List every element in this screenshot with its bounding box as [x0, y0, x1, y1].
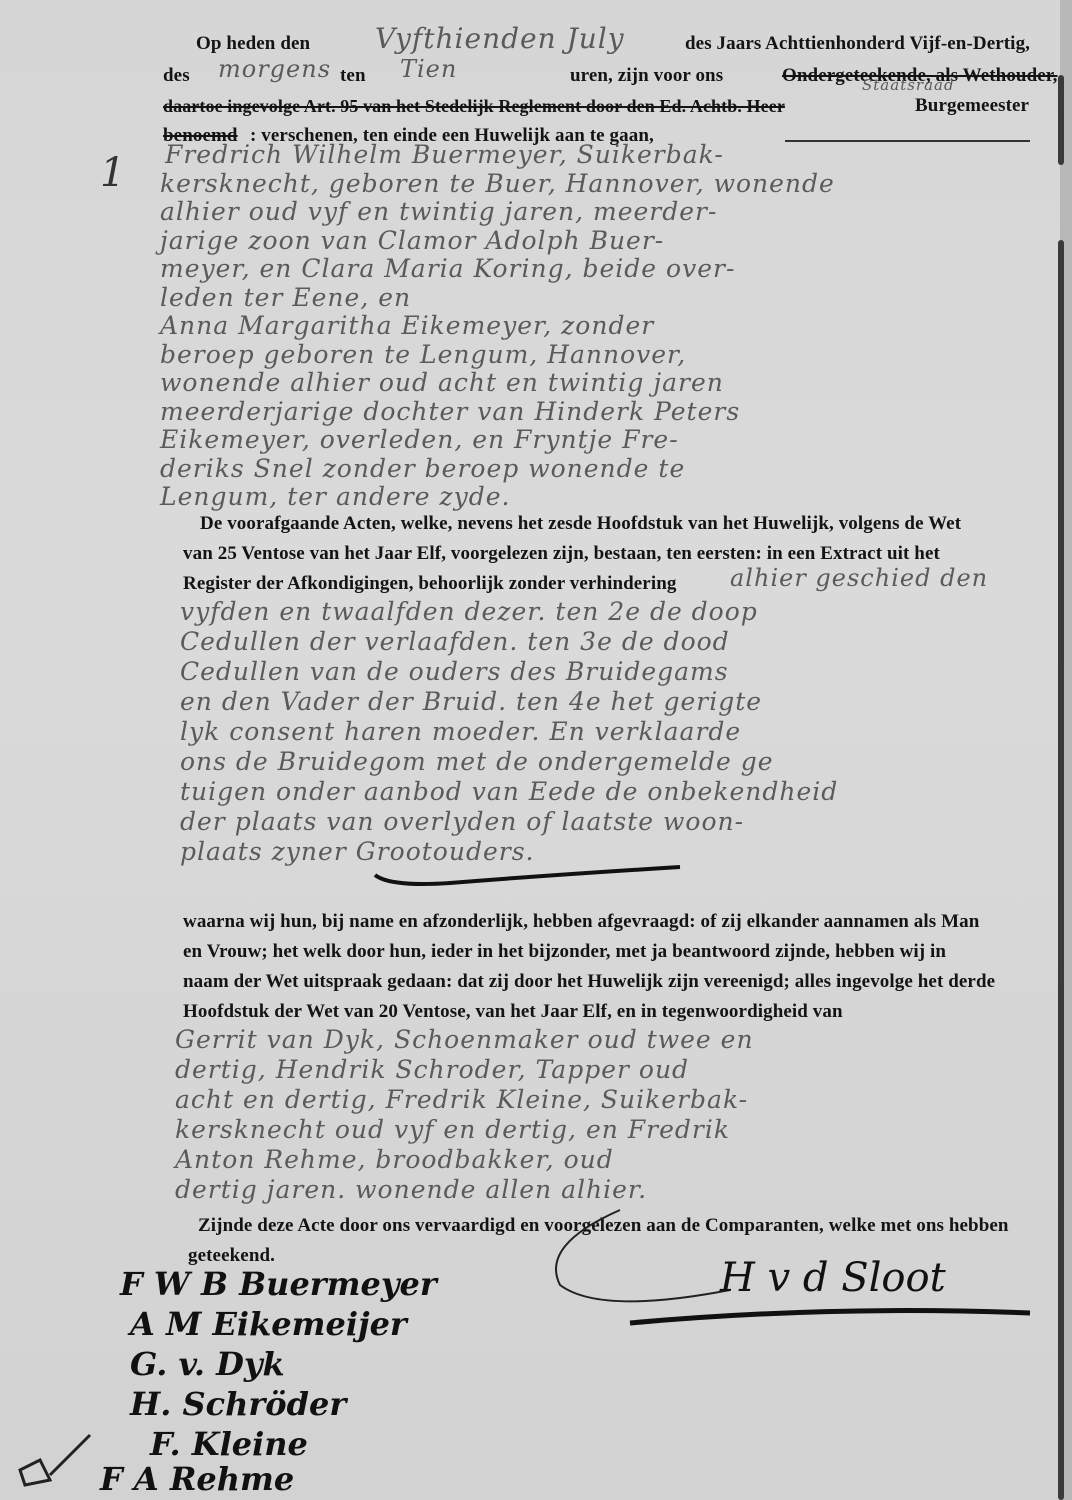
- handwritten-line: kersknecht oud vyf en dertig, en Fredrik: [175, 1115, 730, 1144]
- handwritten-line: Fredrich Wilhelm Buermeyer, Suikerbak-: [165, 140, 724, 169]
- fill-line: [785, 140, 1030, 142]
- acts-line-3: Register der Afkondigingen, behoorlijk z…: [183, 570, 677, 598]
- acts-handwritten-start: alhier geschied den: [730, 564, 988, 592]
- signature: F. Kleine: [150, 1425, 308, 1463]
- signature: A M Eikemeijer: [130, 1305, 407, 1343]
- signature: F W B Buermeyer: [120, 1265, 437, 1303]
- handwritten-date: Vyfthienden July: [375, 22, 625, 55]
- document-page: Op heden den Vyfthienden July des Jaars …: [0, 0, 1072, 1500]
- handwritten-line: Anton Rehme, broodbakker, oud: [175, 1145, 614, 1174]
- handwritten-line: jarige zoon van Clamor Adolph Buer-: [160, 226, 664, 255]
- margin-paraph-mark: [10, 1425, 100, 1495]
- handwritten-line: beroep geboren te Lengum, Hannover,: [160, 340, 686, 369]
- handwritten-line: wonende alhier oud acht en twintig jaren: [160, 368, 724, 397]
- handwritten-line: meyer, en Clara Maria Koring, beide over…: [160, 254, 735, 283]
- separator-flourish: [370, 855, 690, 895]
- handwritten-line: lyk consent haren moeder. En verklaarde: [180, 717, 741, 746]
- handwritten-line: Cedullen van de ouders des Bruidegams: [180, 657, 729, 686]
- margin-number: 1: [100, 150, 125, 196]
- handwritten-line: der plaats van overlyden of laatste woon…: [180, 807, 744, 836]
- signature: G. v. Dyk: [130, 1345, 285, 1383]
- handwritten-line: Gerrit van Dyk, Schoenmaker oud twee en: [175, 1025, 754, 1054]
- handwritten-line: vyfden en twaalfden dezer. ten 2e de doo…: [180, 597, 758, 626]
- opening-burgemeester: Burgemeester: [915, 92, 1029, 120]
- handwritten-line: Eikemeyer, overleden, en Fryntje Fre-: [160, 425, 679, 454]
- declaration-line-4: Hoofdstuk der Wet van 20 Ventose, van he…: [183, 998, 843, 1026]
- opening-uren: uren, zijn voor ons: [570, 62, 723, 90]
- handwritten-line: tuigen onder aanbod van Eede de onbekend…: [180, 777, 838, 806]
- handwritten-line: Cedullen der verlaafden. ten 3e de dood: [180, 627, 730, 656]
- handwritten-line: leden ter Eene, en: [160, 283, 411, 312]
- handwritten-line: ons de Bruidegom met de ondergemelde ge: [180, 747, 774, 776]
- declaration-line-1: waarna wij hun, bij name en afzonderlijk…: [183, 908, 979, 936]
- official-signature: H v d Sloot: [720, 1255, 946, 1301]
- handwritten-line: alhier oud vyf en twintig jaren, meerder…: [160, 197, 717, 226]
- handwritten-time-of-day: morgens: [218, 55, 331, 83]
- acts-line-1: De voorafgaande Acten, welke, nevens het…: [200, 510, 961, 538]
- handwritten-line: acht en dertig, Fredrik Kleine, Suikerba…: [175, 1085, 748, 1114]
- signature: F A Rehme: [100, 1460, 294, 1498]
- declaration-line-2: en Vrouw; het welk door hun, ieder in he…: [183, 938, 946, 966]
- handwritten-line: Anna Margaritha Eikemeyer, zonder: [160, 311, 654, 340]
- struck-reglement: daartoe ingevolge Art. 95 van het Stedel…: [163, 92, 785, 120]
- opening-year: des Jaars Achttienhonderd Vijf-en-Dertig…: [685, 30, 1030, 58]
- declaration-line-3: naam der Wet uitspraak gedaan: dat zij d…: [183, 968, 995, 996]
- handwritten-line: en den Vader der Bruid. ten 4e het gerig…: [180, 687, 762, 716]
- handwritten-line: Lengum, ter andere zyde.: [160, 482, 510, 511]
- handwritten-line: meerderjarige dochter van Hinderk Peters: [160, 397, 740, 426]
- signature: H. Schröder: [130, 1385, 346, 1423]
- handwritten-line: deriks Snel zonder beroep wonende te: [160, 454, 685, 483]
- binding-edge-mark: [1058, 75, 1064, 165]
- handwritten-line: dertig jaren. wonende allen alhier.: [175, 1175, 647, 1204]
- opening-prefix: Op heden den: [196, 30, 310, 58]
- handwritten-line: kersknecht, geboren te Buer, Hannover, w…: [160, 169, 835, 198]
- opening-des: des: [163, 62, 190, 90]
- opening-ten: ten: [340, 62, 366, 90]
- binding-edge-mark: [1058, 240, 1064, 1500]
- handwritten-hour: Tien: [400, 55, 457, 83]
- handwritten-line: dertig, Hendrik Schroder, Tapper oud: [175, 1055, 689, 1084]
